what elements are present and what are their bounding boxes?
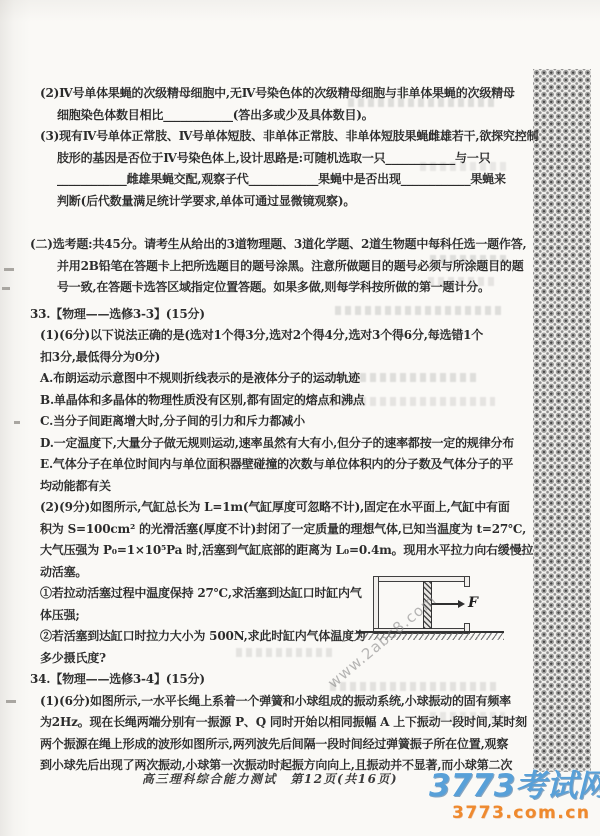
text-line: (2)Ⅳ号单体果蝇的次级精母细胞中,无Ⅳ号染色体的次级精母细胞与非单体果蝇的次级… [0, 83, 600, 105]
force-arrow-icon [458, 600, 465, 608]
text-line: 号一致,在答题卡选答区域指定位置答题。如果多做,则每学科按所做的第一题计分。 [0, 277, 600, 299]
section-elective-notice: (二)选考题:共45分。请考生从给出的3道物理题、3道化学题、2道生物题中每科任… [0, 234, 600, 299]
text-line: ②若活塞到达缸口时拉力大小为 500N,求此时缸内气体温度为 [0, 626, 600, 648]
text-line: 均动能都有关 [0, 476, 600, 498]
text-line: 多少摄氏度? [0, 648, 600, 670]
cylinder-top-wall [373, 576, 470, 582]
cylinder-left-wall [373, 576, 379, 634]
text-line: 体压强; [0, 605, 600, 627]
scanned-exam-page: (2)Ⅳ号单体果蝇的次级精母细胞中,无Ⅳ号染色体的次级精母细胞与非单体果蝇的次级… [0, 0, 600, 836]
option-b: B.单晶体和多晶体的物理性质没有区别,都有固定的熔点和沸点 [0, 390, 600, 412]
section-question-34: 34.【物理——选修3-4】(15分) (1)(6分)如图所示,一水平长绳上系着… [0, 669, 600, 777]
text-line: (2)(9分)如图所示,气缸总长为 L=1m(气缸厚度可忽略不计),固定在水平面… [0, 497, 600, 519]
text-line: 扣3分,最低得分为0分) [0, 347, 600, 369]
text-line: ①若拉动活塞过程中温度保持 27℃,求活塞到达缸口时缸内气 [0, 583, 600, 605]
section-biology-followups: (2)Ⅳ号单体果蝇的次级精母细胞中,无Ⅳ号染色体的次级精母细胞与非单体果蝇的次级… [0, 83, 600, 212]
force-label: F [468, 595, 478, 611]
text-line: (3)现有Ⅳ号单体正常肢、Ⅳ号单体短肢、非单体正常肢、非单体短肢果蝇雌雄若干,欲… [0, 126, 600, 148]
text-line: 动活塞。 [0, 562, 600, 584]
text-line: 并用2B铅笔在答题卡上把所选题目的题号涂黑。注意所做题目的题号必须与所涂题目的题 [0, 256, 600, 278]
option-e: E.气体分子在单位时间内与单位面积器壁碰撞的次数与单位体积内的分子数及气体分子的… [0, 454, 600, 476]
page-footer: 高三理科综合能力测试 第12页(共16页) [20, 770, 520, 787]
question-33-heading: 33.【物理——选修3-3】(15分) [0, 304, 600, 326]
text-line: 细胞染色体数目相比____________(答出多或少及具体数目)。 [0, 105, 600, 127]
text-line: 积为 S=100cm² 的光滑活塞(厚度不计)封闭了一定质量的理想气体,已知当温… [0, 519, 600, 541]
text-line: ____________雌雄果蝇交配,观察子代____________果蝇中是否… [0, 169, 600, 191]
exam-text-content: (2)Ⅳ号单体果蝇的次级精母细胞中,无Ⅳ号染色体的次级精母细胞与非单体果蝇的次级… [0, 83, 600, 777]
text-line: (1)(6分)如图所示,一水平长绳上系着一个弹簧和小球组成的振动系统,小球振动的… [0, 691, 600, 713]
option-a: A.布朗运动示意图中不规则折线表示的是液体分子的运动轨迹 [0, 368, 600, 390]
option-d: D.一定温度下,大量分子做无规则运动,速率虽然有大有小,但分子的速率都按一定的规… [0, 433, 600, 455]
text-line: 大气压强为 P₀=1×10⁵Pa 时,活塞到气缸底部的距离为 L₀=0.4m。现… [0, 540, 600, 562]
text-line: 两个振源在绳上形成的波形如图所示,两列波先后间隔一段时间经过弹簧振子所在位置,观… [0, 734, 600, 756]
text-line: 肢形的基因是否位于Ⅳ号染色体上,设计思路是:可随机选取一只___________… [0, 148, 600, 170]
text-line: 判断(后代数量满足统计学要求,单体可通过显微镜观察)。 [0, 191, 600, 213]
text-line: 为2Hz。现在长绳两端分别有一振源 P、Q 同时开始以相同振幅 A 上下振动一段… [0, 712, 600, 734]
site-url-watermark: 3773.com.cn [452, 803, 590, 823]
option-c: C.当分子间距离增大时,分子间的引力和斥力都减小 [0, 411, 600, 433]
section-question-33: 33.【物理——选修3-3】(15分) (1)(6分)以下说法正确的是(选对1个… [0, 304, 600, 670]
text-line: (二)选考题:共45分。请考生从给出的3道物理题、3道化学题、2道生物题中每科任… [0, 234, 600, 256]
cylinder-mouth-lip-top [464, 576, 470, 587]
text-line: (1)(6分)以下说法正确的是(选对1个得3分,选对2个得4分,选对3个得6分,… [0, 325, 600, 347]
question-34-heading: 34.【物理——选修3-4】(15分) [0, 669, 600, 691]
